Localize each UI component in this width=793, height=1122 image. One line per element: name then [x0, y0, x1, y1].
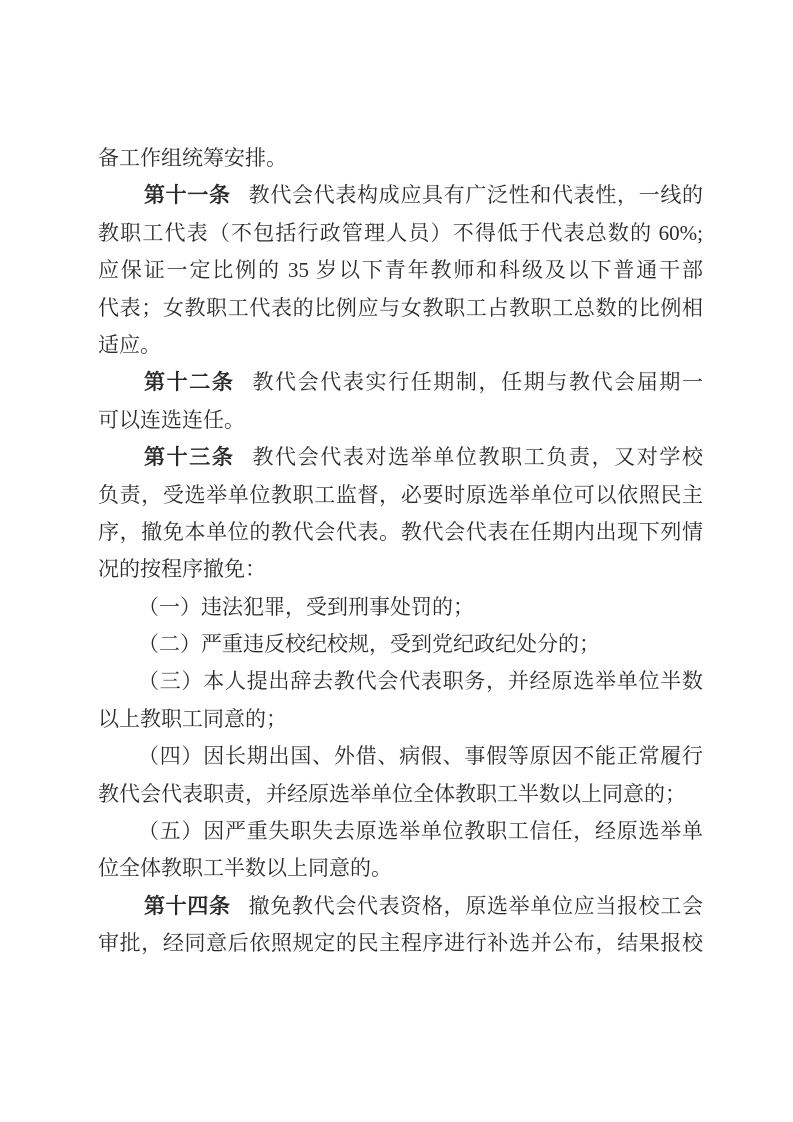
doc-line: 序，撤免本单位的教代会代表。教代会代表在任期内出现下列情: [98, 514, 703, 551]
doc-line: 审批，经同意后依照规定的民主程序进行补选并公布，结果报校工: [98, 925, 703, 962]
line-text: 可以连选连任。: [98, 408, 245, 432]
doc-line: 以上教职工同意的；: [98, 701, 703, 738]
doc-line-item-1: （一）违法犯罪，受到刑事处罚的；: [98, 589, 703, 626]
line-text: （三）本人提出辞去教代会代表职务，并经原选举单位半数: [138, 669, 703, 693]
doc-line: 可以连选连任。: [98, 402, 703, 439]
doc-line: 位全体教职工半数以上同意的。: [98, 850, 703, 887]
line-text: 教代会代表构成应具有广泛性和代表性，一线的: [249, 183, 703, 207]
article-number: 第十一条: [144, 183, 231, 207]
doc-line: 备工作组统筹安排。: [98, 140, 703, 177]
line-text: 撤免教代会代表资格，原选举单位应当报校工会: [249, 894, 703, 918]
doc-line: 适应。: [98, 327, 703, 364]
article-number: 第十三条: [144, 445, 234, 469]
line-text: 适应。: [98, 333, 161, 357]
line-text: 应保证一定比例的 35 岁以下青年教师和科级及以下普通干部: [98, 258, 703, 282]
line-text: （五）因严重失职失去原选举单位教职工信任，经原选举单: [138, 819, 703, 843]
line-text: 备工作组统筹安排。: [98, 146, 287, 170]
doc-line-item-2: （二）严重违反校纪校规，受到党纪政纪处分的；: [98, 626, 703, 663]
doc-line-item-4: （四）因长期出国、外借、病假、事假等原因不能正常履行: [98, 738, 703, 775]
line-text: 况的按程序撤免：: [98, 557, 266, 581]
line-text: 审批，经同意后依照规定的民主程序进行补选并公布，结果报校工: [98, 931, 703, 962]
line-text: 负责，受选举单位教职工监督，必要时原选举单位可以依照民主程: [98, 483, 703, 514]
article-number: 第十四条: [144, 894, 231, 918]
line-text: 序，撤免本单位的教代会代表。教代会代表在任期内出现下列情: [98, 520, 703, 544]
doc-line-article-11: 第十一条教代会代表构成应具有广泛性和代表性，一线的: [98, 177, 703, 214]
doc-line-item-5: （五）因严重失职失去原选举单位教职工信任，经原选举单: [98, 813, 703, 850]
line-text: 教职工代表（不包括行政管理人员）不得低于代表总数的 60%;: [98, 221, 703, 245]
doc-line-article-13: 第十三条教代会代表对选举单位教职工负责，又对学校: [98, 439, 703, 476]
doc-line: 应保证一定比例的 35 岁以下青年教师和科级及以下普通干部: [98, 252, 703, 289]
line-text: 位全体教职工半数以上同意的。: [98, 856, 392, 880]
line-text: 教代会代表职责，并经原选举单位全体教职工半数以上同意的；: [98, 782, 686, 806]
doc-line-article-14: 第十四条撤免教代会代表资格，原选举单位应当报校工会: [98, 888, 703, 925]
doc-line: 教职工代表（不包括行政管理人员）不得低于代表总数的 60%;: [98, 215, 703, 252]
doc-line: 负责，受选举单位教职工监督，必要时原选举单位可以依照民主程: [98, 477, 703, 514]
doc-line-article-12: 第十二条教代会代表实行任期制，任期与教代会届期一致，: [98, 364, 703, 401]
doc-line: 况的按程序撤免：: [98, 551, 703, 588]
document-text-block: 备工作组统筹安排。 第十一条教代会代表构成应具有广泛性和代表性，一线的 教职工代…: [98, 140, 703, 963]
line-text: 教代会代表对选举单位教职工负责，又对学校: [252, 445, 703, 469]
document-page: 备工作组统筹安排。 第十一条教代会代表构成应具有广泛性和代表性，一线的 教职工代…: [0, 0, 793, 1122]
line-text: 代表；女教职工代表的比例应与女教职工占教职工总数的比例相: [98, 296, 703, 320]
line-text: （二）严重违反校纪校规，受到党纪政纪处分的；: [138, 632, 600, 656]
doc-line: 代表；女教职工代表的比例应与女教职工占教职工总数的比例相: [98, 290, 703, 327]
line-text: （一）违法犯罪，受到刑事处罚的；: [138, 595, 474, 619]
article-number: 第十二条: [144, 370, 234, 394]
doc-line: 教代会代表职责，并经原选举单位全体教职工半数以上同意的；: [98, 776, 703, 813]
line-text: 以上教职工同意的；: [98, 707, 287, 731]
doc-line-item-3: （三）本人提出辞去教代会代表职务，并经原选举单位半数: [98, 663, 703, 700]
line-text: （四）因长期出国、外借、病假、事假等原因不能正常履行: [138, 744, 703, 768]
